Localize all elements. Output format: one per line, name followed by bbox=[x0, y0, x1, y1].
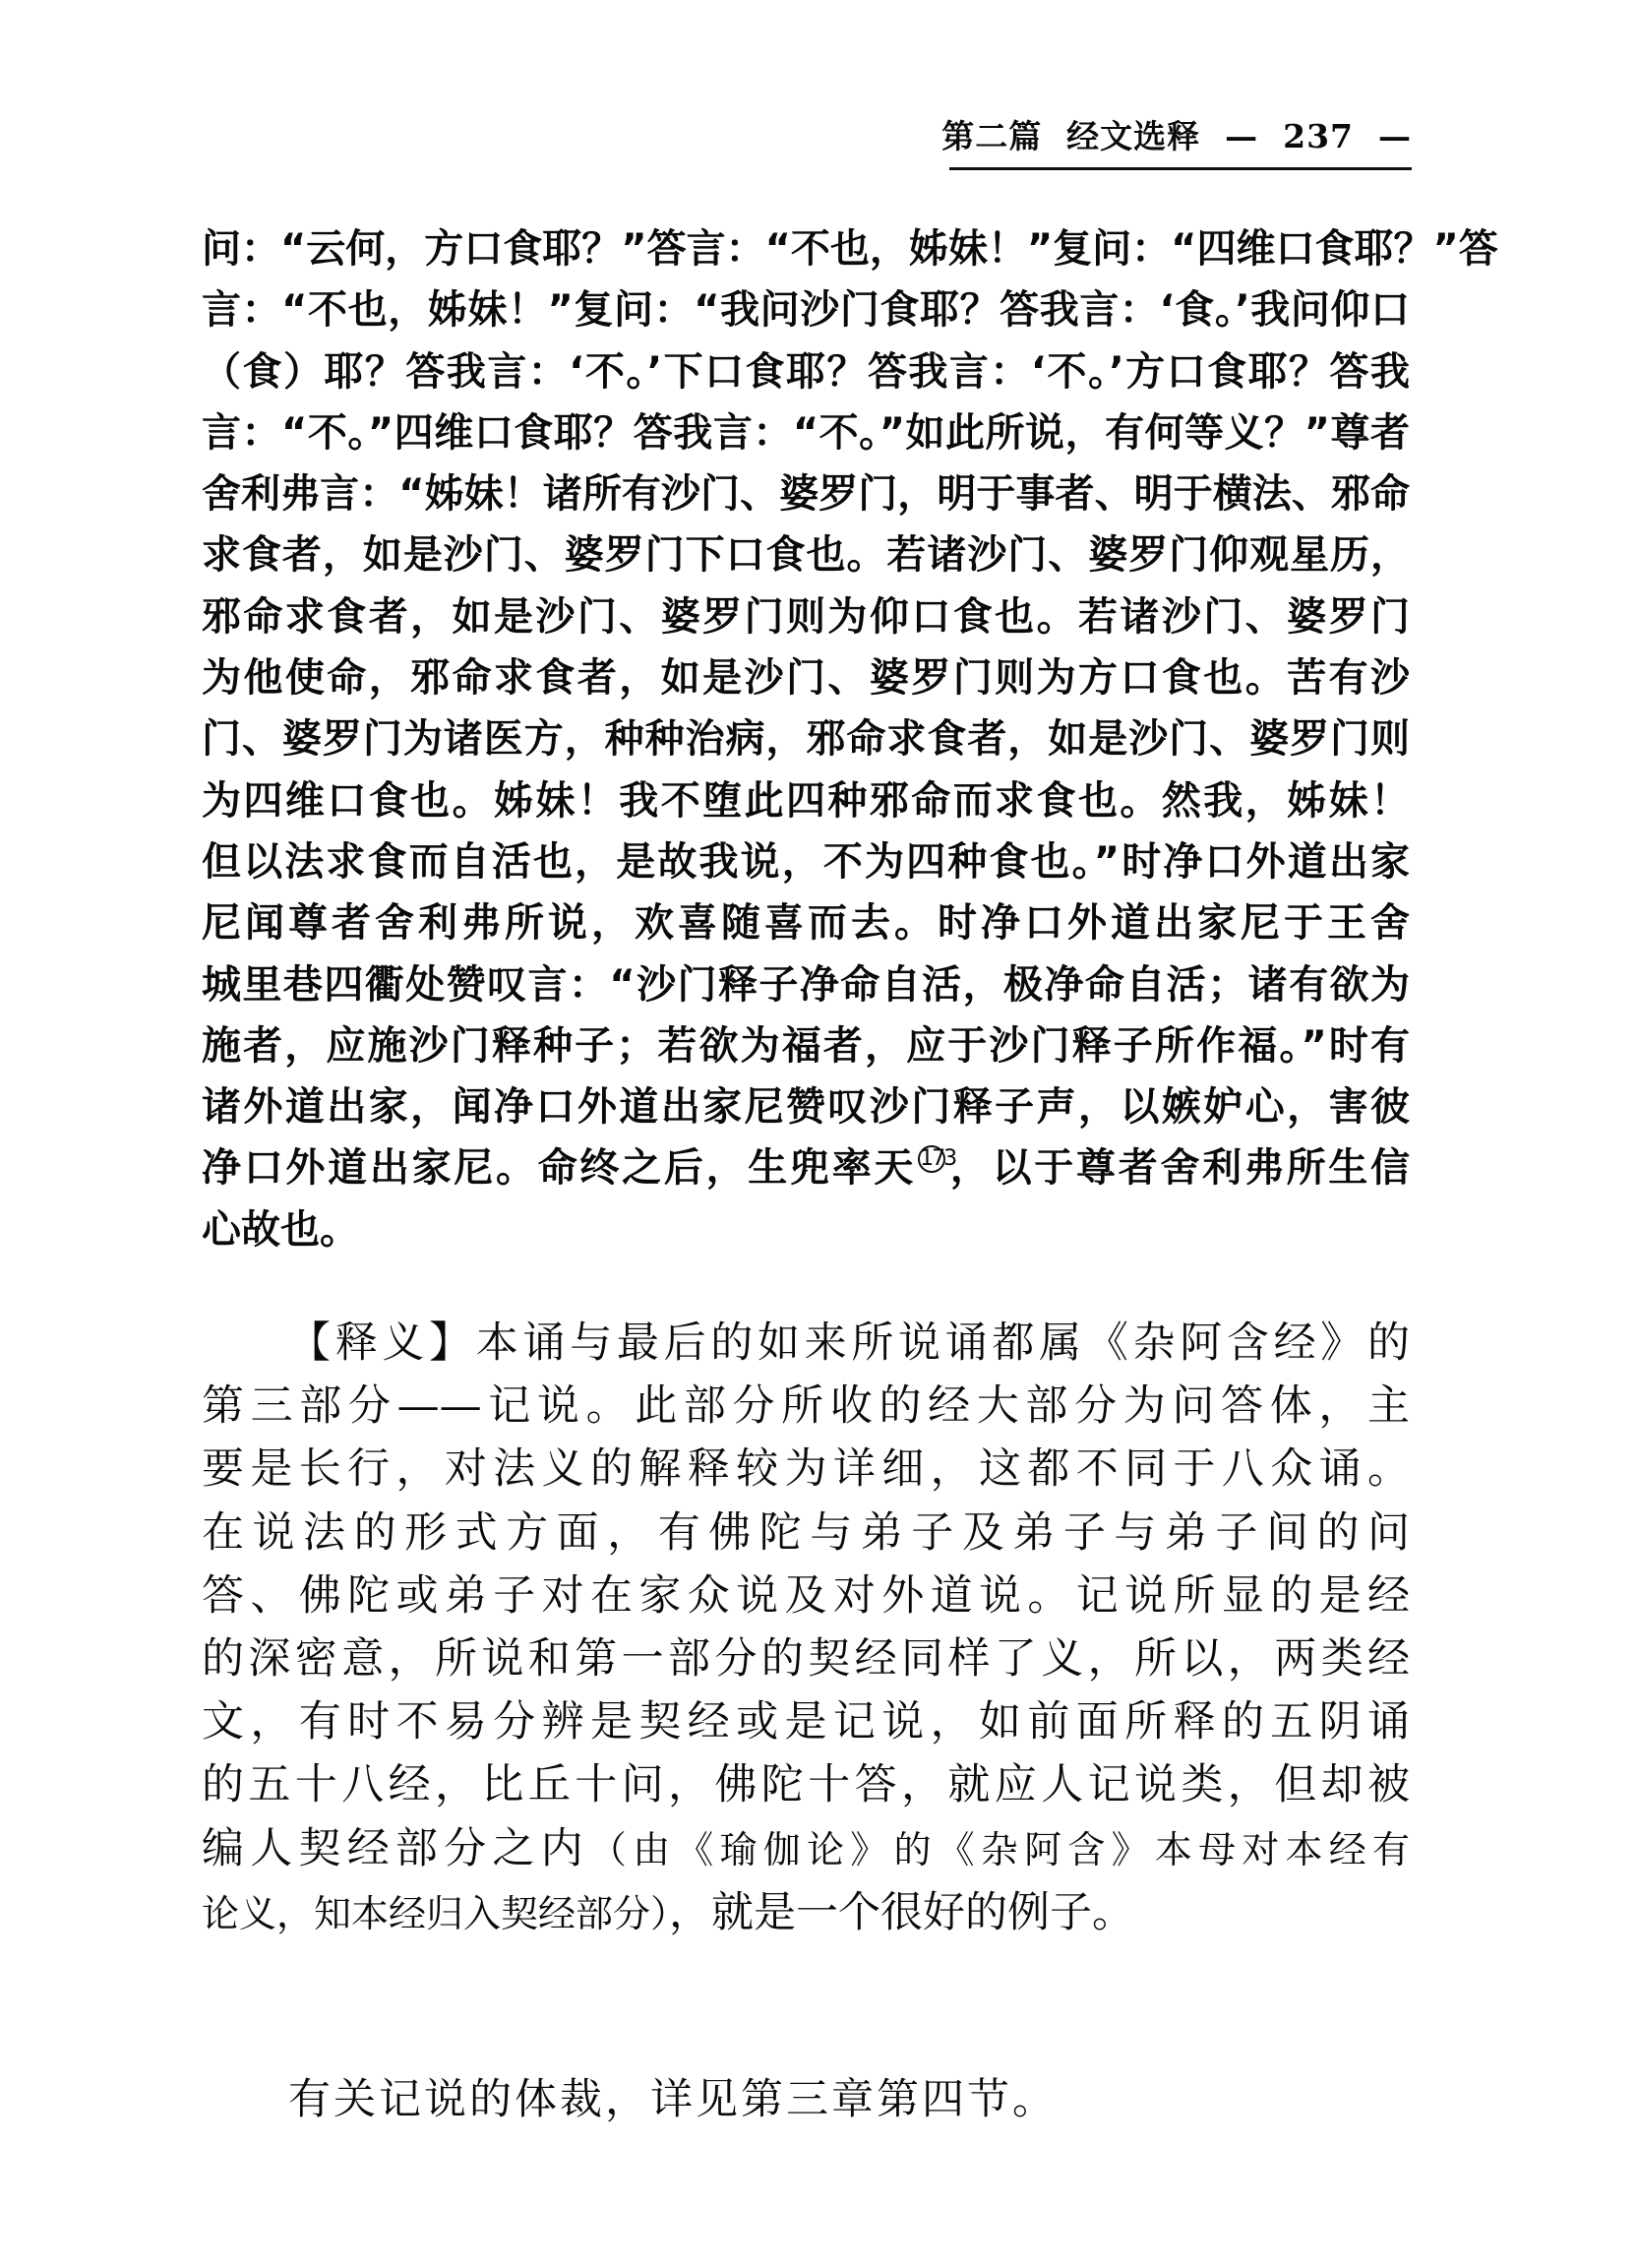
commentary-line: 答、佛陀或弟子对在家众说及对外道说。记说所显的是经 bbox=[202, 1564, 1410, 1627]
quote-line: 邪命求食者，如是沙门、婆罗门则为仰口食也。若诸沙门、婆罗门 bbox=[202, 586, 1410, 647]
quote-line: 言：“不也，姊妹！”复问：“我问沙门食耶？答我言：‘食。’我问仰口 bbox=[202, 279, 1410, 340]
header-rule bbox=[949, 167, 1412, 170]
quote-line: 心故也。 bbox=[202, 1199, 1410, 1260]
commentary-line: 要是长行，对法义的解释较为详细，这都不同于八众诵。 bbox=[202, 1438, 1410, 1501]
quote-line: 为四维口食也。姊妹！我不堕此四种邪命而求食也。然我，姊妹！ bbox=[202, 770, 1410, 831]
parenthetical-note: 论义，知本经归入契经部分） bbox=[202, 1892, 669, 1935]
quote-line: 尼闻尊者舍利弗所说，欢喜随喜而去。时净口外道出家尼于王舍 bbox=[202, 892, 1410, 953]
quote-line: 言：“不。”四维口食耶？答我言：“不。”如此所说，有何等义？”尊者 bbox=[202, 402, 1410, 463]
quote-line: 净口外道出家尼。命终之后，生兜率天173，以于尊者舍利弗所生信 bbox=[202, 1137, 1410, 1198]
quote-line: 城里巷四衢处赞叹言：“沙门释子净命自活，极净命自活；诸有欲为 bbox=[202, 954, 1410, 1015]
commentary-line: 编人契经部分之内（由《瑜伽论》的《杂阿含》本母对本经有 bbox=[202, 1817, 1410, 1881]
quote-line: （食）耶？答我言：‘不。’下口食耶？答我言：‘不。’方口食耶？答我 bbox=[202, 341, 1410, 402]
sutra-quotation: 问：“云何，方口食耶？”答言：“不也，姊妹！”复问：“四维口食耶？”答 言：“不… bbox=[202, 218, 1410, 1260]
quote-line: 为他使命，邪命求食者，如是沙门、婆罗门则为方口食也。苦有沙 bbox=[202, 647, 1410, 708]
commentary-line: 的五十八经，比丘十问，佛陀十答，就应人记说类，但却被 bbox=[202, 1753, 1410, 1816]
quote-line: 但以法求食而自活也，是故我说，不为四种食也。”时净口外道出家 bbox=[202, 831, 1410, 892]
commentary-line: 在说法的形式方面，有佛陀与弟子及弟子与弟子间的问 bbox=[202, 1502, 1410, 1564]
running-head: 第二篇 经文选释 — 237 — bbox=[941, 116, 1412, 157]
footnote-marker[interactable]: 173 bbox=[918, 1145, 945, 1173]
commentary-line: 的深密意，所说和第一部分的契经同样了义，所以，两类经 bbox=[202, 1627, 1410, 1690]
closing-paragraph: 有关记说的体裁，详见第三章第四节。 bbox=[288, 2068, 1058, 2131]
quote-line: 舍利弗言：“姊妹！诸所有沙门、婆罗门，明于事者、明于横法、邪命 bbox=[202, 463, 1410, 524]
quote-line: 问：“云何，方口食耶？”答言：“不也，姊妹！”复问：“四维口食耶？”答 bbox=[202, 218, 1410, 279]
commentary-line: 【释义】本诵与最后的如来所说诵都属《杂阿含经》的 bbox=[202, 1312, 1410, 1375]
commentary-line: 第三部分——记说。此部分所收的经大部分为问答体，主 bbox=[202, 1375, 1410, 1438]
parenthetical-note: （由《瑜伽论》的《杂阿含》本母对本经有 bbox=[589, 1828, 1410, 1871]
commentary-text: ，就是一个很好的例子。 bbox=[669, 1888, 1134, 1937]
commentary-paragraph: 【释义】本诵与最后的如来所说诵都属《杂阿含经》的 第三部分——记说。此部分所收的… bbox=[202, 1312, 1410, 1945]
quote-line: 诸外道出家，闻净口外道出家尼赞叹沙门释子声，以嫉妒心，害彼 bbox=[202, 1076, 1410, 1137]
page-header: 第二篇 经文选释 — 237 — bbox=[949, 116, 1412, 173]
quote-line: 门、婆罗门为诸医方，种种治病，邪命求食者，如是沙门、婆罗门则 bbox=[202, 708, 1410, 769]
commentary-line: 文，有时不易分辨是契经或是记说，如前面所释的五阴诵 bbox=[202, 1690, 1410, 1753]
quote-line: 施者，应施沙门释种子；若欲为福者，应于沙门释子所作福。”时有 bbox=[202, 1015, 1410, 1076]
quote-text: 净口外道出家尼。命终之后，生兜率天 bbox=[202, 1145, 916, 1191]
commentary-text: 编人契经部分之内 bbox=[202, 1824, 589, 1873]
quote-text: ，以于尊者舍利弗所生信 bbox=[947, 1145, 1410, 1191]
quote-line: 求食者，如是沙门、婆罗门下口食也。若诸沙门、婆罗门仰观星历， bbox=[202, 524, 1410, 585]
commentary-line: 论义，知本经归入契经部分），就是一个很好的例子。 bbox=[202, 1881, 1410, 1945]
